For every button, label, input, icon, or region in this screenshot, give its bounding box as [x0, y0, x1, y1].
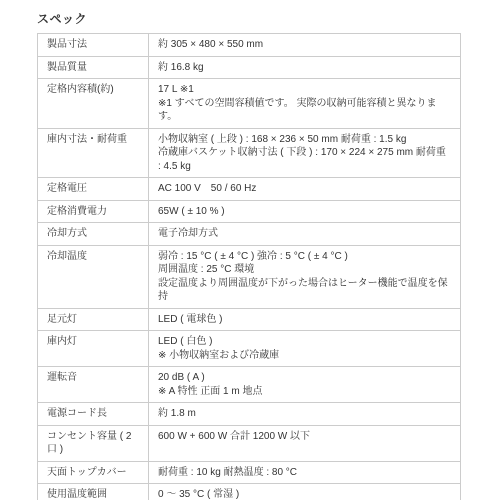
- spec-label: 運転音: [38, 367, 149, 403]
- spec-value-line: LED ( 電球色 ): [158, 313, 451, 327]
- spec-value-line: 約 1.8 m: [158, 407, 451, 421]
- spec-row: 製品質量約 16.8 kg: [38, 56, 461, 79]
- spec-value-line: ※ 小物収納室および冷蔵庫: [158, 349, 451, 363]
- spec-label: 冷却方式: [38, 223, 149, 246]
- spec-value-line: 冷蔵庫バスケット収納寸法 ( 下段 ) : 170 × 224 × 275 mm…: [158, 146, 451, 173]
- spec-value: 弱冷 : 15 °C ( ± 4 °C ) 強冷 : 5 °C ( ± 4 °C…: [149, 245, 461, 308]
- spec-table: 製品寸法約 305 × 480 × 550 mm製品質量約 16.8 kg定格内…: [37, 33, 461, 500]
- spec-row: 定格内容積(約)17 L ※1※1 すべての空間容積値です。 実際の収納可能容積…: [38, 79, 461, 129]
- spec-value: 600 W + 600 W 合計 1200 W 以下: [149, 425, 461, 461]
- spec-label: 定格消費電力: [38, 200, 149, 223]
- spec-label: 電源コード長: [38, 403, 149, 426]
- spec-value-line: 耐荷重 : 10 kg 耐熱温度 : 80 °C: [158, 466, 451, 480]
- spec-value-line: 設定温度より周囲温度が下がった場合はヒーター機能で温度を保持: [158, 277, 451, 304]
- spec-value: 約 1.8 m: [149, 403, 461, 426]
- spec-value-line: 小物収納室 ( 上段 ) : 168 × 236 × 50 mm 耐荷重 : 1…: [158, 133, 451, 147]
- spec-value: 20 dB ( A )※ A 特性 正面 1 m 地点: [149, 367, 461, 403]
- spec-row: 電源コード長約 1.8 m: [38, 403, 461, 426]
- spec-row: 庫内灯LED ( 白色 )※ 小物収納室および冷蔵庫: [38, 331, 461, 367]
- spec-value: 電子冷却方式: [149, 223, 461, 246]
- spec-value-line: 周囲温度 : 25 °C 環境: [158, 263, 451, 277]
- spec-label: 天面トップカバー: [38, 461, 149, 484]
- spec-page: スペック 製品寸法約 305 × 480 × 550 mm製品質量約 16.8 …: [0, 0, 500, 500]
- spec-value-line: 弱冷 : 15 °C ( ± 4 °C ) 強冷 : 5 °C ( ± 4 °C…: [158, 250, 451, 264]
- spec-row: 足元灯LED ( 電球色 ): [38, 308, 461, 331]
- spec-row: 冷却方式電子冷却方式: [38, 223, 461, 246]
- spec-value: AC 100 V 50 / 60 Hz: [149, 178, 461, 201]
- spec-value: 小物収納室 ( 上段 ) : 168 × 236 × 50 mm 耐荷重 : 1…: [149, 128, 461, 178]
- spec-value: LED ( 白色 )※ 小物収納室および冷蔵庫: [149, 331, 461, 367]
- spec-value-line: 600 W + 600 W 合計 1200 W 以下: [158, 430, 451, 444]
- spec-value: 65W ( ± 10 % ): [149, 200, 461, 223]
- spec-value-line: 20 dB ( A ): [158, 371, 451, 385]
- spec-row: 定格消費電力65W ( ± 10 % ): [38, 200, 461, 223]
- spec-value: LED ( 電球色 ): [149, 308, 461, 331]
- spec-label: 足元灯: [38, 308, 149, 331]
- spec-row: 冷却温度弱冷 : 15 °C ( ± 4 °C ) 強冷 : 5 °C ( ± …: [38, 245, 461, 308]
- spec-row: 運転音20 dB ( A )※ A 特性 正面 1 m 地点: [38, 367, 461, 403]
- spec-value-line: 約 16.8 kg: [158, 61, 451, 75]
- spec-label: 製品質量: [38, 56, 149, 79]
- spec-value-line: 電子冷却方式: [158, 227, 451, 241]
- spec-value-line: LED ( 白色 ): [158, 335, 451, 349]
- spec-value-line: 17 L ※1: [158, 83, 451, 97]
- spec-row: コンセント容量 ( 2 口 )600 W + 600 W 合計 1200 W 以…: [38, 425, 461, 461]
- spec-row: 使用温度範囲0 ～ 35 °C ( 常湿 ): [38, 484, 461, 500]
- spec-label: コンセント容量 ( 2 口 ): [38, 425, 149, 461]
- spec-row: 庫内寸法・耐荷重小物収納室 ( 上段 ) : 168 × 236 × 50 mm…: [38, 128, 461, 178]
- spec-value-line: AC 100 V 50 / 60 Hz: [158, 182, 451, 196]
- spec-value-line: ※ A 特性 正面 1 m 地点: [158, 385, 451, 399]
- spec-label: 製品寸法: [38, 34, 149, 57]
- spec-value-line: ※1 すべての空間容積値です。 実際の収納可能容積と異なります。: [158, 97, 451, 124]
- spec-row: 定格電圧AC 100 V 50 / 60 Hz: [38, 178, 461, 201]
- spec-label: 使用温度範囲: [38, 484, 149, 500]
- spec-label: 定格電圧: [38, 178, 149, 201]
- spec-row: 製品寸法約 305 × 480 × 550 mm: [38, 34, 461, 57]
- spec-value: 耐荷重 : 10 kg 耐熱温度 : 80 °C: [149, 461, 461, 484]
- spec-value: 約 305 × 480 × 550 mm: [149, 34, 461, 57]
- spec-label: 庫内寸法・耐荷重: [38, 128, 149, 178]
- spec-label: 庫内灯: [38, 331, 149, 367]
- spec-table-body: 製品寸法約 305 × 480 × 550 mm製品質量約 16.8 kg定格内…: [38, 34, 461, 500]
- spec-value-line: 0 ～ 35 °C ( 常湿 ): [158, 488, 451, 500]
- spec-value: 0 ～ 35 °C ( 常湿 ): [149, 484, 461, 500]
- spec-label: 定格内容積(約): [38, 79, 149, 129]
- spec-value: 17 L ※1※1 すべての空間容積値です。 実際の収納可能容積と異なります。: [149, 79, 461, 129]
- spec-value-line: 約 305 × 480 × 550 mm: [158, 38, 451, 52]
- page-title: スペック: [37, 12, 500, 26]
- spec-label: 冷却温度: [38, 245, 149, 308]
- spec-value: 約 16.8 kg: [149, 56, 461, 79]
- spec-value-line: 65W ( ± 10 % ): [158, 205, 451, 219]
- spec-row: 天面トップカバー耐荷重 : 10 kg 耐熱温度 : 80 °C: [38, 461, 461, 484]
